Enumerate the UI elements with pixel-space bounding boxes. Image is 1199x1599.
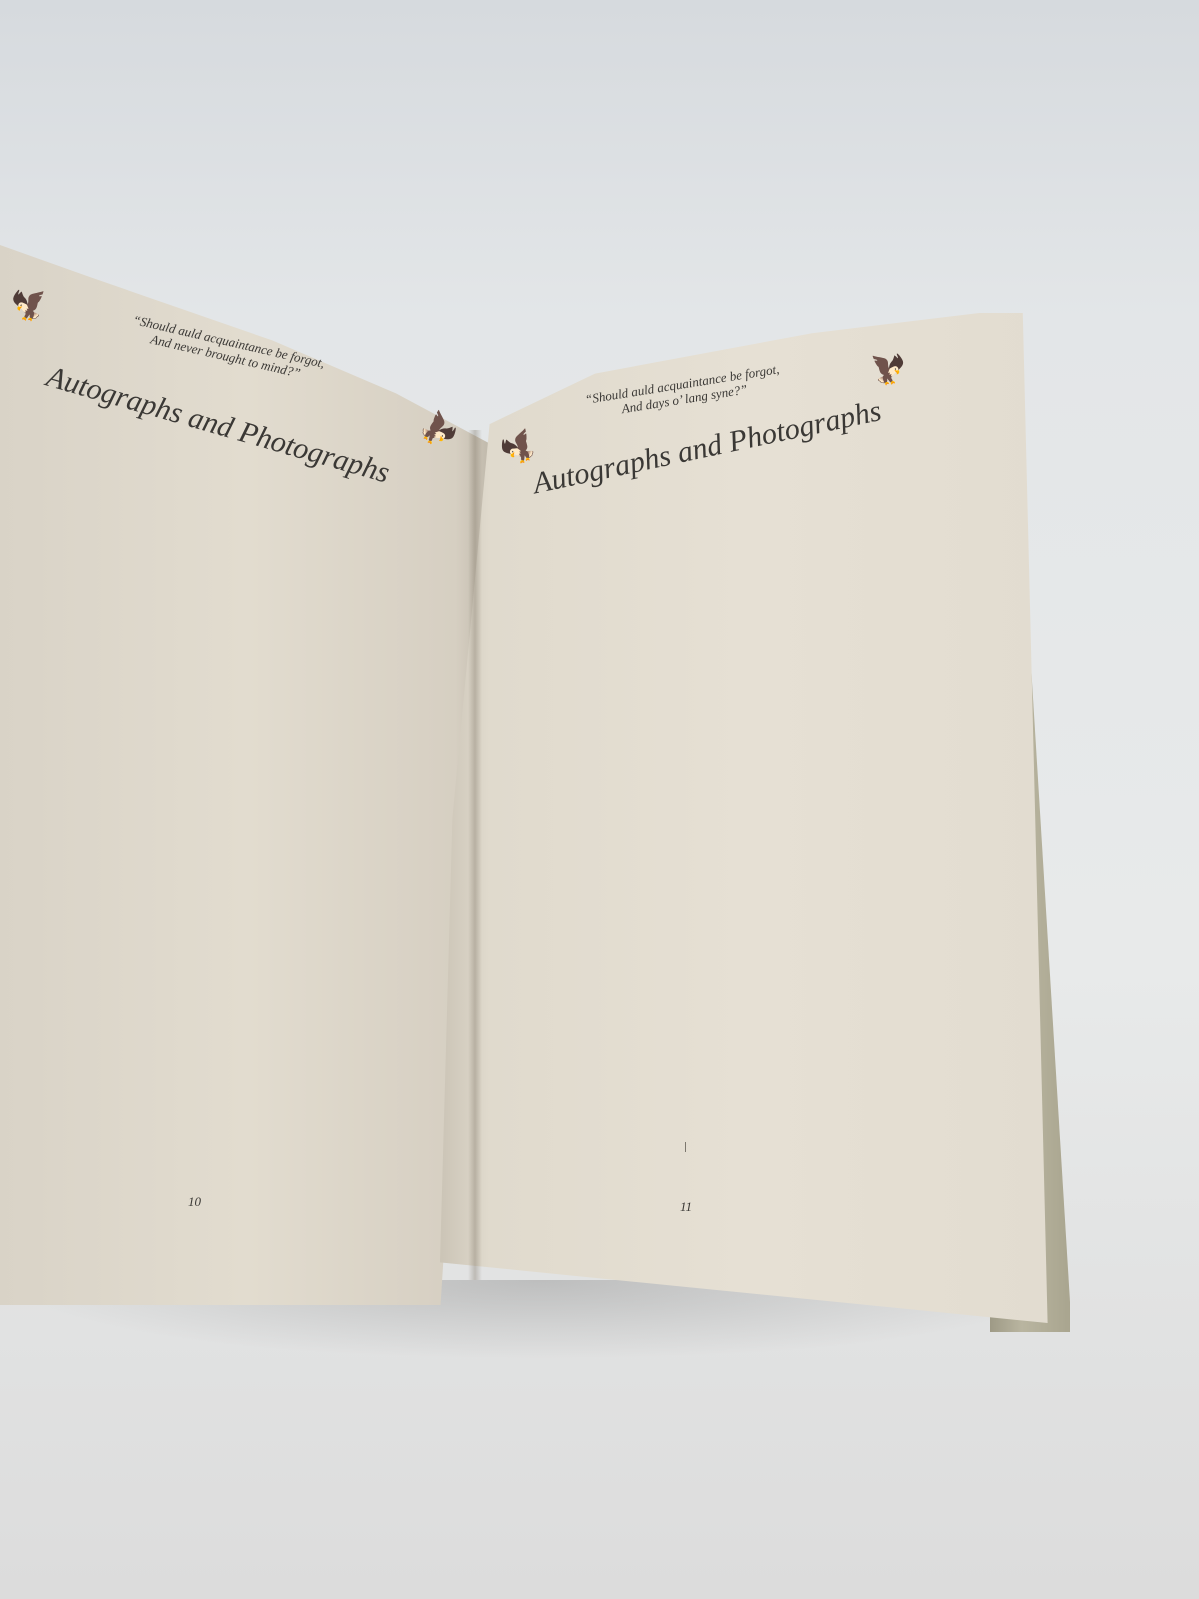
left-page-number: 10: [188, 1194, 201, 1210]
photo-scene: 🦅 “Should auld acquaintance be forgot, A…: [0, 0, 1199, 1599]
book-gutter: [468, 430, 482, 1280]
eagle-icon: 🦅: [9, 285, 52, 326]
page-mark: [685, 1142, 686, 1152]
right-page: [440, 313, 1060, 1323]
right-page-number: 11: [680, 1199, 692, 1215]
left-page: [0, 245, 495, 1305]
eagle-icon: 🦅: [866, 350, 908, 390]
